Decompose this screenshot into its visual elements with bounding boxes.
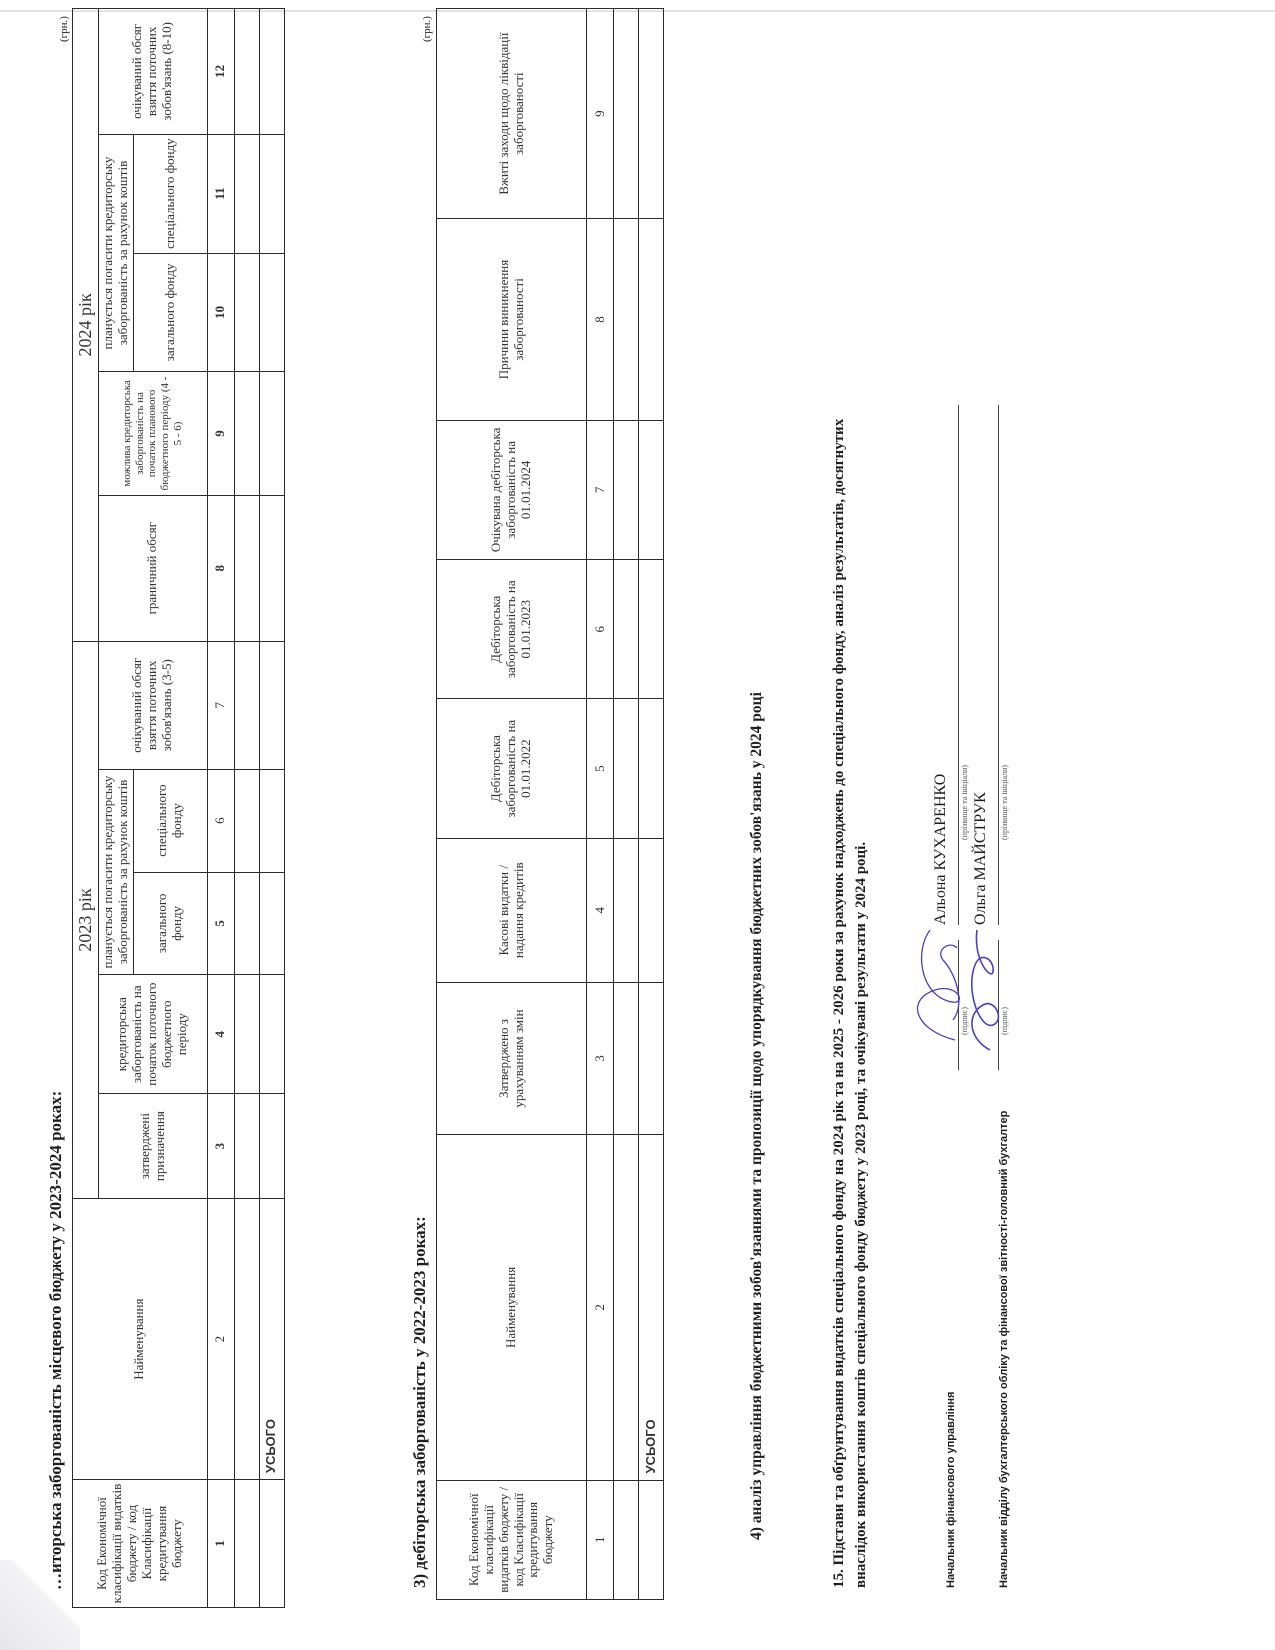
colnum: 3 [587,982,614,1135]
cell [639,9,664,219]
cell [639,420,664,559]
header-receivables-2022: Дебіторська заборгованість на 01.01.2022 [437,699,587,838]
header-repay-2023: планується погасити кредиторську заборго… [98,769,133,975]
cell [234,975,259,1094]
header-receivables-2023: Дебіторська заборгованість на 01.01.2023 [437,560,587,699]
handwritten-signature-icon [895,910,1015,1060]
cell [259,769,284,872]
colnum: 4 [587,838,614,982]
signer1-name: Альона КУХАРЕНКО [932,774,950,925]
creditor-debt-table: Код Економічної класифікації видатків бю… [72,8,285,1608]
header-debt-start: кредиторська заборгованість на початок п… [98,975,207,1094]
receivables-table: Код Економічної класифікації видатків бю… [436,8,664,1600]
cell [614,420,639,559]
section15-text: 15. Підстави та обґрунтування видатків с… [828,28,872,1588]
colnum: 8 [587,219,614,420]
header-expected-2024: очікуваний обсяг взяття поточних зобов'я… [98,9,207,135]
colnum: 7 [207,641,234,769]
total-label: УСЬОГО [639,1135,664,1480]
cell [639,699,664,838]
colnum: 1 [207,1480,234,1608]
colnum: 6 [207,769,234,872]
section3-title: 3) дебіторська заборгованість у 2022-202… [410,1216,430,1588]
section15-line1: 15. Підстави та обґрунтування видатків с… [828,28,850,1588]
signer2-role: Начальник відділу бухгалтерського обліку… [998,1111,1010,1588]
colnum: 10 [207,253,234,372]
cell [614,560,639,699]
section2-unit: (грн.) [58,16,70,42]
signer1-name-line [958,405,959,925]
header-measures: Вжиті заходи щодо ліквідації заборговано… [437,9,587,219]
header-name: Найменування [437,1135,587,1480]
signer1-role: Начальник фінансового управління [945,1392,957,1588]
signer2-name-line [998,405,999,925]
cell [234,9,259,135]
signer1-name-caption: (прізвище та ініціали) [960,765,969,840]
cell [259,872,284,975]
cell [234,1199,259,1480]
section15-line2: внаслідок використання коштів спеціально… [850,28,872,1588]
cell [614,838,639,982]
cell [259,641,284,769]
colnum: 3 [207,1094,234,1199]
cell [234,1094,259,1199]
cell [614,9,639,219]
colnum: 9 [587,9,614,219]
cell [234,641,259,769]
colnum: 2 [587,1135,614,1480]
cell [259,134,284,253]
total-row: УСЬОГО [639,9,664,1600]
cell [639,1480,664,1599]
cell [259,1094,284,1199]
colnum: 1 [587,1480,614,1599]
cell [259,9,284,135]
header-name: Найменування [73,1199,208,1480]
cell [614,219,639,420]
column-numbers-row: 1 2 3 4 5 6 7 8 9 10 11 12 [207,9,234,1608]
header-reasons: Причини виникнення заборгованості [437,219,587,420]
header-code: Код Економічної класифікації видатків бю… [437,1480,587,1599]
header-expected-receivables-2024: Очікувана дебіторська заборгованість на … [437,420,587,559]
signer2-name: Ольга МАЙСТРУК [972,792,990,925]
colnum: 9 [207,372,234,495]
header-expected-2023: очікуваний обсяг взяття поточних зобов'я… [98,641,207,769]
cell [614,982,639,1135]
header-possible-debt: можлива кредиторська заборгованість на п… [98,372,207,495]
colnum: 5 [207,872,234,975]
colnum: 2 [207,1199,234,1480]
header-special-fund-2024: спеціального фонду [133,134,207,253]
colnum: 8 [207,495,234,641]
header-limit: граничний обсяг [98,495,207,641]
cell [234,769,259,872]
cell [614,1480,639,1599]
signer2-name-caption: (прізвище та ініціали) [1000,765,1009,840]
cell [234,253,259,372]
cell [614,699,639,838]
cell [639,982,664,1135]
cell [259,975,284,1094]
table-row [614,9,639,1600]
cell [639,219,664,420]
header-cash-expenditures: Касові видатки / надання кредитів [437,838,587,982]
total-row: УСЬОГО [259,9,284,1608]
header-special-fund-2023: спеціального фонду [133,769,207,872]
header-code: Код Економічної класифікації видатків бю… [73,1480,208,1608]
colnum: 12 [207,9,234,135]
cell [234,495,259,641]
colnum: 11 [207,134,234,253]
cell [259,253,284,372]
section4-title: 4) аналіз управління бюджетними зобов'яз… [746,692,768,1540]
colnum: 7 [587,420,614,559]
cell [639,560,664,699]
header-repay-2024: планується погасити кредиторську заборго… [98,134,133,372]
folded-corner [0,1560,80,1650]
table-row [234,9,259,1608]
cell [259,495,284,641]
header-year-2023: 2023 рік [73,641,99,1198]
header-approved: затверджені призначення [98,1094,207,1199]
cell [639,838,664,982]
header-general-fund-2024: загального фонду [133,253,207,372]
cell [259,1480,284,1608]
cell [259,372,284,495]
section2-title: …иторська заборгованість місцевого бюдже… [46,1091,66,1590]
total-label: УСЬОГО [259,1199,284,1480]
column-numbers-row: 1 2 3 4 5 6 7 8 9 [587,9,614,1600]
header-year-2024: 2024 рік [73,9,99,642]
document-page: …иторська заборгованість місцевого бюдже… [0,0,1275,1650]
colnum: 4 [207,975,234,1094]
section3-unit: (грн.) [421,16,433,42]
colnum: 5 [587,699,614,838]
colnum: 6 [587,560,614,699]
cell [234,134,259,253]
cell [234,1480,259,1608]
cell [614,1135,639,1480]
cell [234,872,259,975]
cell [234,372,259,495]
header-general-fund-2023: загального фонду [133,872,207,975]
header-approved-with-changes: Затверджено з урахуванням змін [437,982,587,1135]
